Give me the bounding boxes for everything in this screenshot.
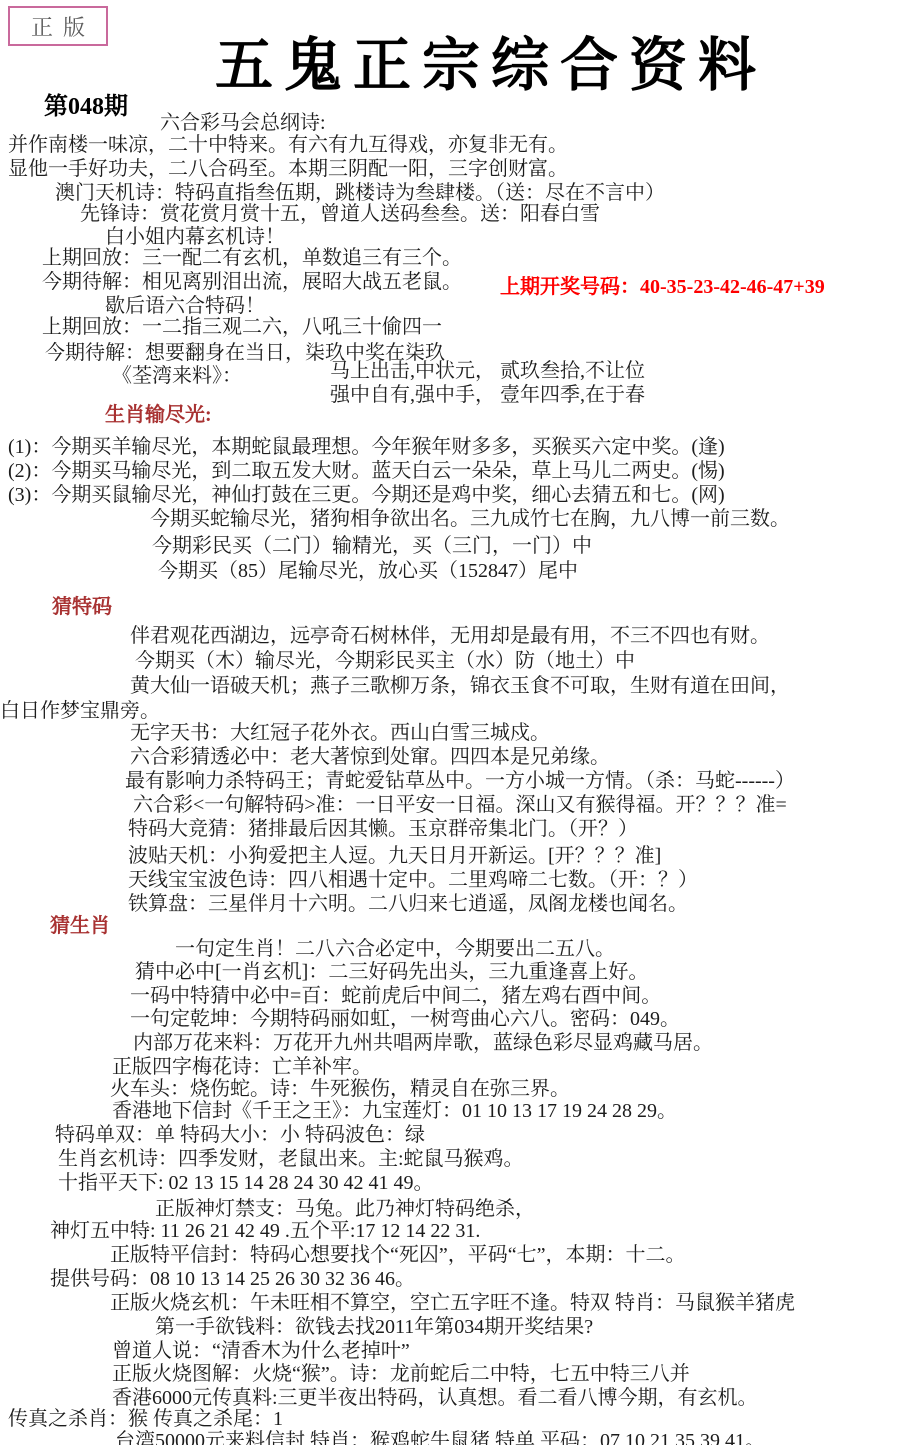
text-line: 今期待解：相见离别泪出流，展昭大战五老鼠。 [42,271,462,293]
text-line: 上期回放：一二指三观二六，八吼三十偷四一 [42,316,442,338]
text-line: 无字天书：大红冠子花外衣。西山白雪三城戍。 [130,722,550,744]
text-line: (1)：今期买羊输尽光，本期蛇鼠最理想。今年猴年财多多，买猴买六定中奖。(逢) [8,436,725,458]
text-line: 曾道人说：“清香木为什么老掉叶” [112,1340,410,1362]
text-line: 六合彩马会总纲诗: [160,112,326,134]
text-line: 生肖玄机诗：四季发财，老鼠出来。主:蛇鼠马猴鸡。 [58,1148,524,1170]
text-line: 正版特平信封：特码心想要找个“死囚”，平码“七”，本期：十二。 [110,1244,686,1266]
text-line: 一码中特猜中必中=百：蛇前虎后中间二，猪左鸡右酉中间。 [130,985,661,1007]
text-line: 强中自有,强中手， 壹年四季,在于春 [330,384,645,406]
text-line: (3)：今期买鼠输尽光，神仙打鼓在三更。今期还是鸡中奖，细心去猜五和七。(网) [8,484,725,506]
last-draw-numbers: 上期开奖号码：40-35-23-42-46-47+39 [500,276,825,298]
text-line: 第一手欲钱料：欲钱去找2011年第034期开奖结果? [155,1316,593,1338]
text-line: 黄大仙一语破天机；燕子三歌柳万条，锦衣玉食不可取，生财有道在田间， [130,675,790,697]
text-line: 传真之杀肖：猴 传真之杀尾：1 [8,1408,283,1430]
text-line: 特码大竞猜：猪排最后因其懒。玉京群帝集北门。（开？） [128,818,638,840]
text-line: 香港6000元传真料:三更半夜出特码，认真想。看二看八博今期，有玄机。 [112,1387,758,1409]
text-line: 十指平天下: 02 13 15 14 28 24 30 42 41 49。 [58,1172,434,1194]
text-line: 天线宝宝波色诗：四八相遇十定中。二里鸡啼二七数。（开：？） [128,869,698,891]
text-line: 火车头：烧伤蛇。诗：牛死猴伤，精灵自在弥三界。 [110,1078,570,1100]
text-line: 今期买（85）尾输尽光，放心买（152847）尾中 [158,560,578,582]
text-line: 一句定生肖！二八六合必定中，今期要出二五八。 [175,938,615,960]
text-line: 今期买（木）输尽光，今期彩民买主（水）防（地土）中 [135,650,635,672]
text-line: 六合彩猜透必中：老大著惊到处窜。四四本是兄弟缘。 [130,746,610,768]
text-line: 正版火烧图解：火烧“猴”。诗：龙前蛇后二中特，七五中特三八并 [112,1363,690,1385]
text-line: 内部万花来料：万花开九州共唱两岸歌，蓝绿色彩尽显鸡藏马居。 [133,1032,713,1054]
text-line: 提供号码：08 10 13 14 25 26 30 32 36 46。 [50,1268,415,1290]
text-line: 今期买蛇输尽光，猪狗相争欲出名。三九成竹七在胸，九八博一前三数。 [150,508,790,530]
text-line: 神灯五中特: 11 26 21 42 49 .五个平:17 12 14 22 3… [50,1220,480,1242]
text-line: 台湾50000元来料信封 特肖：猴鸡蛇牛鼠猪 特单 平码：07 10 21 35… [115,1430,765,1445]
text-line: 《荃湾来料》： [112,365,242,387]
text-line: 铁算盘：三星伴月十六明。二八归来七逍遥，凤阁龙楼也闻名。 [128,893,688,915]
section-heading-caitema: 猜特码 [52,596,112,618]
section-heading-shengxiao: 生肖输尽光: [105,404,212,426]
text-line: 最有影响力杀特码王；青蛇爱钻草丛中。一方小城一方情。（杀：马蛇------） [125,770,795,792]
text-line: 今期彩民买（二门）输精光，买（三门，一门）中 [152,535,592,557]
text-line: 上期回放：三一配二有玄机，单数追三有三个。 [42,247,462,269]
lottery-info-page: 正版 五鬼正宗综合资料 第048期 六合彩马会总纲诗:并作南楼一味凉，二十中特来… [0,0,900,1445]
page-title: 五鬼正宗综合资料 [215,18,767,102]
text-line: 一句定乾坤：今期特码丽如虹，一树弯曲心六八。密码：049。 [130,1008,680,1030]
text-line: 澳门天机诗：特码直指叁伍期，跳楼诗为叁肆楼。（送：尽在不言中） [55,182,665,204]
text-line: 显他一手好功夫，二八合码至。本期三阴配一阳，三字创财富。 [8,158,568,180]
text-line: 正版神灯禁支：马兔。此乃神灯特码绝杀， [155,1198,535,1220]
text-line: 波贴天机：小狗爱把主人逗。九天日月开新运。[开？？？准] [128,845,661,867]
text-line: 白小姐内幕玄机诗！ [105,226,285,248]
text-line: 马上出击,中状元， 贰玖叁拾,不让位 [330,360,645,382]
text-line: 特码单双：单 特码大小：小 特码波色：绿 [55,1124,425,1146]
text-line: 白日作梦宝鼎旁。 [0,700,160,722]
text-line: (2)：今期买马输尽光，到二取五发大财。蓝天白云一朵朵，草上马儿二两史。(惕) [8,460,725,482]
text-line: 先锋诗：赏花赏月赏十五，曾道人送码叁叁。送：阳春白雪 [80,203,600,225]
authentic-badge: 正版 [8,6,108,46]
text-line: 正版四字梅花诗：亡羊补牢。 [112,1056,372,1078]
issue-number: 第048期 [44,86,128,121]
text-line: 并作南楼一味凉，二十中特来。有六有九互得戏，亦复非无有。 [8,134,568,156]
text-line: 伴君观花西湖边，远亭奇石树林伴，无用却是最有用，不三不四也有财。 [130,625,770,647]
text-line: 六合彩<一句解特码>准：一日平安一日福。深山又有猴得福。开？？？准= [133,794,787,816]
section-heading-caishengxiao: 猜生肖 [50,915,110,937]
text-line: 正版火烧玄机：午未旺相不算空，空亡五字旺不逢。特双 特肖：马鼠猴羊猪虎 [110,1292,795,1314]
text-line: 猜中必中[一肖玄机]：二三好码先出头，三九重逢喜上好。 [135,961,648,983]
text-line: 香港地下信封《千王之王》：九宝莲灯：01 10 13 17 19 24 28 2… [112,1100,677,1122]
authentic-badge-label: 正版 [31,11,95,42]
text-line: 歇后语六合特码！ [105,295,265,317]
